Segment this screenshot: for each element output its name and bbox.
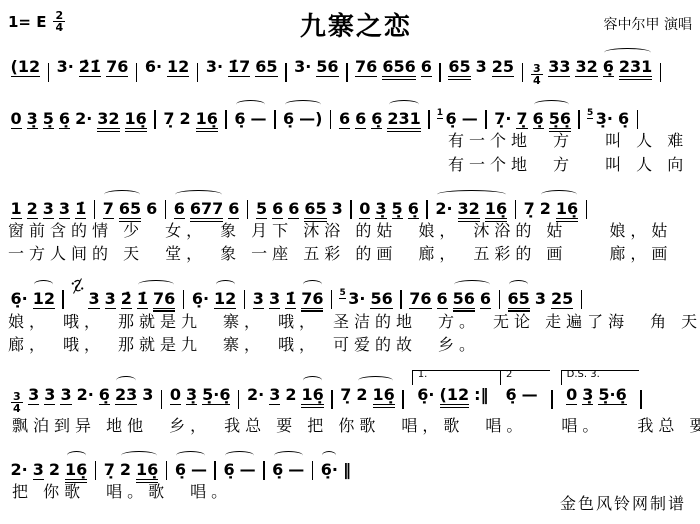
note: 65 [448,58,470,77]
note: 2 [179,110,190,128]
time-signature-denominator: 4 [531,75,543,86]
note: 6 [421,58,432,77]
note: 12 [167,58,189,77]
lyric-row: 有一个地 方 叫 人 向 往， 象 [8,153,692,176]
note: 23 [115,386,137,405]
note: 6 [339,110,350,129]
barline [331,390,333,409]
publisher-credit: 金色风铃网制谱 [560,491,686,514]
note: 5̣6̣ [549,110,571,129]
barline [637,110,639,129]
barline [331,290,333,309]
note: 25 [551,290,573,309]
barline [312,461,314,480]
note: 6 [437,290,448,309]
note: 16̣ [373,386,395,405]
note: 6̣ [408,200,419,219]
volta-label: D.S. 3. [567,370,600,380]
note: 6· [145,58,162,76]
volta-bracket: 1.6̣·(12:‖ [415,386,491,405]
note: 3̣· [596,110,613,128]
lyric-row: 窗前含的情 少 女， 象 月下 沐浴 的姑 娘， 沐浴的 姑 娘，姑 [8,219,692,242]
note: 6 [228,200,239,219]
slur-group: 216̣ [354,386,397,405]
note: 2· [247,386,264,404]
slur-group: 23 [112,386,139,405]
note: 3· [348,290,365,308]
note: 3 [88,290,99,309]
barline [578,110,580,129]
lyric-row: 廊， 哦， 那就是九 寨， 哦， 可爱的故 乡。 [8,333,692,356]
note: 6̣ [618,110,629,128]
volta-bracket: 26̣— [503,386,540,404]
note: 3 [33,461,44,480]
note: 6̣· [11,290,28,308]
note: 2 [120,461,131,479]
note: 65 [304,200,326,219]
note: 3 [142,386,153,404]
note: 56 [370,290,392,309]
slur-group: 16̣ [63,461,90,480]
slur-group: 6̣— [270,461,307,479]
time-signature: 2 4 [53,10,65,33]
note: 6̣ [99,386,110,405]
note: 0 [566,386,577,405]
sheet-music-page: 1= E 2 4 九寨之恋 容中尔甲 演唱 (123·2̇1̇766·123·1… [0,0,700,504]
note: 6̣ [446,110,457,128]
slur-group: 6̣231 [600,58,655,77]
barline [350,200,352,219]
note: 231 [619,58,652,77]
barline [161,390,163,409]
note: 0 [170,386,181,405]
note: 2· [75,110,92,128]
barline [330,110,332,129]
note: 6 [174,200,185,219]
note: 16̣ [485,200,507,219]
note: 5̣ [392,200,403,219]
note: — [251,110,267,128]
note: 6̣ [505,386,516,404]
note: 0 [359,200,370,219]
barline [439,63,441,82]
barline [640,390,642,409]
notes-row: 12331̇76566677656665303̣5̣6̣2·3216̣7̣216… [8,186,692,219]
time-signature-denominator: 4 [11,403,23,414]
barline [95,461,97,480]
note: 12 [214,290,236,309]
barline [522,63,524,82]
slur-group: 76 [299,290,326,309]
slur-group: 2·3216̣ [433,200,510,219]
lyric-row: 一方人间的 天 堂， 象 一座 五彩 的画 廊， 五彩的 画 廊，画 [8,242,692,265]
note: 3 [28,386,39,405]
volta-label: 1. [418,370,428,380]
note: 16̣ [136,461,158,480]
note: 6̣ [533,110,544,129]
music-lines: (123·2̇1̇766·123·1̇7653·5676656665325343… [8,44,692,504]
slur-group: 12 [30,290,57,309]
volta-bracket: D.S. 3.03̣5̣·6̣ [564,386,630,405]
note: 2 [49,461,60,479]
barline [48,63,50,82]
note: 6 [480,290,491,309]
note: 1̇ [285,290,296,309]
note: 32 [97,110,119,129]
time-signature: 34 [531,63,543,86]
notes-row: (123·2̇1̇766·123·1̇7653·5676656665325343… [8,44,692,86]
note: 3 [332,200,343,218]
volta-label: 2 [506,370,512,380]
note: 3̣ [375,200,386,219]
note: 65 [508,290,530,309]
segno-icon [71,278,84,298]
note: 6̣ [234,110,245,128]
note: 6̣· [192,290,209,308]
slur-group: 1̇76 [134,290,177,309]
note: 32 [575,58,597,77]
notes-row: 2·3216̣7̣216̣6̣—6̣—6̣—6̣·‖ [8,447,692,480]
barline [244,290,246,309]
slur-group: 65 [505,290,532,309]
note: 1̇ [137,290,148,309]
note: 6̣ [175,461,186,479]
note: 6̣· [321,461,338,479]
note: 16̣ [125,110,147,129]
note: 677 [190,200,223,219]
note: 2̇1̇ [79,58,101,77]
note: 2 [285,386,296,404]
key-label: 1= E [8,13,46,31]
note: 2 [356,386,367,404]
slur-group: 6̣— [172,461,209,479]
barline [581,290,583,309]
note: 3̣ [582,386,593,405]
note: 2· [435,200,452,218]
slur-group: 231 [385,110,423,129]
music-system: 6̣·12332̇1̇766̣·12331̇7653·5676656665325… [8,276,692,356]
note: 33 [548,58,570,77]
note: 3̣ [186,386,197,405]
note: 2· [11,461,28,479]
note: 7̣ [104,461,115,479]
barline [426,200,428,219]
note: ‖ [343,461,351,479]
slur-group: 566 [450,290,493,309]
note: 65 [119,200,141,219]
note: 0 [11,110,22,129]
barline [586,200,588,219]
barline [274,110,276,129]
note: 6̣ [283,110,294,128]
header: 1= E 2 4 九寨之恋 容中尔甲 演唱 [8,6,692,44]
note: 3 [60,386,71,405]
note: 3 [44,386,55,405]
note: :‖ [474,386,488,404]
barline [225,110,227,129]
slur-group: 6̣· [318,461,340,479]
time-signature: 34 [11,391,23,414]
note: 16̣ [301,386,323,405]
note: 5 [256,200,267,219]
note: 2 [27,200,38,219]
barline [263,461,265,480]
note: 65 [255,58,277,77]
note: 76 [153,290,175,309]
barline [660,63,662,82]
note: 6̣ [371,110,382,129]
slur-group: 765 [100,200,143,219]
slur-group: 12 [212,290,239,309]
lyric-row: 娘， 哦， 那就是九 寨， 哦， 圣洁的地 方。 无论 走遍了海 角 天 涯，还… [8,310,692,333]
notes-row: 343332·6̣23303̣5̣·6̣2·3216̣7̣216̣1.6̣·(1… [8,366,692,414]
barline [428,110,430,129]
note: 6̣ [59,110,70,129]
note: 6̣ [603,58,614,77]
note: — [191,461,207,479]
note: 656 [382,58,415,77]
slur-group: 6̣— [232,110,269,128]
note: 3 [476,58,487,76]
slur-group: 6̣—) [281,110,325,128]
grace-note: 1 [437,108,443,119]
note: 7̣ [163,110,174,128]
note: 5̣ [43,110,54,129]
barline [485,110,487,129]
barline [346,63,348,82]
lyric-row: 飘泊到异 地他 乡， 我总 要 把 你歌 唱，歌 唱。 唱。 我总 要 [8,414,692,437]
note: 12 [33,290,55,309]
slur-group: 6677 [171,200,226,219]
barline [214,461,216,480]
slur-group: 6̣— [221,461,258,479]
note: 3· [57,58,74,76]
note: (12 [11,58,41,77]
song-title: 九寨之恋 [300,6,412,43]
note: 32 [458,200,480,219]
note: 231 [387,110,420,129]
grace-note: 5 [339,288,345,299]
note: 5̣·6̣ [202,386,230,405]
barline [183,290,185,309]
note: 16̣ [65,461,87,480]
music-system: 12331̇76566677656665303̣5̣6̣2·3216̣7̣216… [8,186,692,266]
music-system: (123·2̇1̇766·123·1̇7653·5676656665325343… [8,44,692,86]
note: (12 [440,386,470,405]
note: 5̣·6̣ [598,386,626,405]
grace-note: 5 [587,108,593,119]
note: 56 [316,58,338,77]
note: 1̇ [75,200,86,219]
note: 3 [269,386,280,405]
note: — [288,461,304,479]
note: 3· [294,58,311,76]
note: 3 [105,290,116,309]
note: 76 [301,290,323,309]
key-signature: 1= E 2 4 [8,6,68,33]
note: — [240,461,256,479]
note: 3 [253,290,264,309]
note: —) [299,110,322,128]
lyric-row: 有一个地 方 叫 人 难 忘， 象 [8,129,692,152]
slur-group: 216̣ [537,200,580,219]
music-system: 03̣5̣6̣2·3216̣7̣216̣6̣—6̣—)666̣23116̣—7̣… [8,96,692,176]
barline [165,200,167,219]
note: 6 [355,110,366,129]
slur-group: 16̣ [299,386,326,405]
note: 2 [540,200,551,218]
note: 2· [77,386,94,404]
barline [238,390,240,409]
barline [400,290,402,309]
note: 6 [272,200,283,219]
music-system: 343332·6̣23303̣5̣·6̣2·3216̣7̣216̣1.6̣·(1… [8,366,692,437]
barline [197,63,199,82]
barline [154,110,156,129]
note: 3 [269,290,280,309]
note: 3 [535,290,546,308]
note: 1̇7 [228,58,250,77]
note: 56 [453,290,475,309]
note: 76 [355,58,377,77]
note: 6̣ [223,461,234,479]
note: 3 [59,200,70,219]
time-signature-denominator: 4 [53,22,65,33]
note: 76 [106,58,128,77]
slur-group: 6̣5̣6̣ [530,110,573,129]
notes-row: 6̣·12332̇1̇766̣·12331̇7653·5676656665325 [8,276,692,310]
notes-row: 03̣5̣6̣2·3216̣7̣216̣6̣—6̣—)666̣23116̣—7̣… [8,96,692,129]
barline [499,290,501,309]
note: 3 [43,200,54,219]
note: — [522,386,538,404]
barline [136,63,138,82]
note: 6̣· [417,386,434,404]
note: 7̣ [516,110,527,129]
note: 7̣ [340,386,351,404]
barline [515,200,517,219]
note: 7 [103,200,114,219]
barline [551,390,553,409]
note: 7̣ [524,200,535,218]
performer-credit: 容中尔甲 演唱 [604,6,692,34]
note: 6 [288,200,299,219]
note: 6 [146,200,157,218]
note: 3̣ [27,110,38,129]
note: 2̇ [121,290,132,309]
note: 3· [206,58,223,76]
note: 16̣ [196,110,218,129]
barline [62,290,64,309]
note: 76 [409,290,431,309]
note: — [462,110,478,128]
note: 16̣ [556,200,578,219]
note: 6̣ [272,461,283,479]
barline [247,200,249,219]
barline [166,461,168,480]
slur-group: 216̣ [117,461,160,480]
note: 25 [492,58,514,77]
barline [94,200,96,219]
barline [402,390,404,409]
note: 1 [11,200,22,219]
barline [285,63,287,82]
note: 7̣· [494,110,511,128]
